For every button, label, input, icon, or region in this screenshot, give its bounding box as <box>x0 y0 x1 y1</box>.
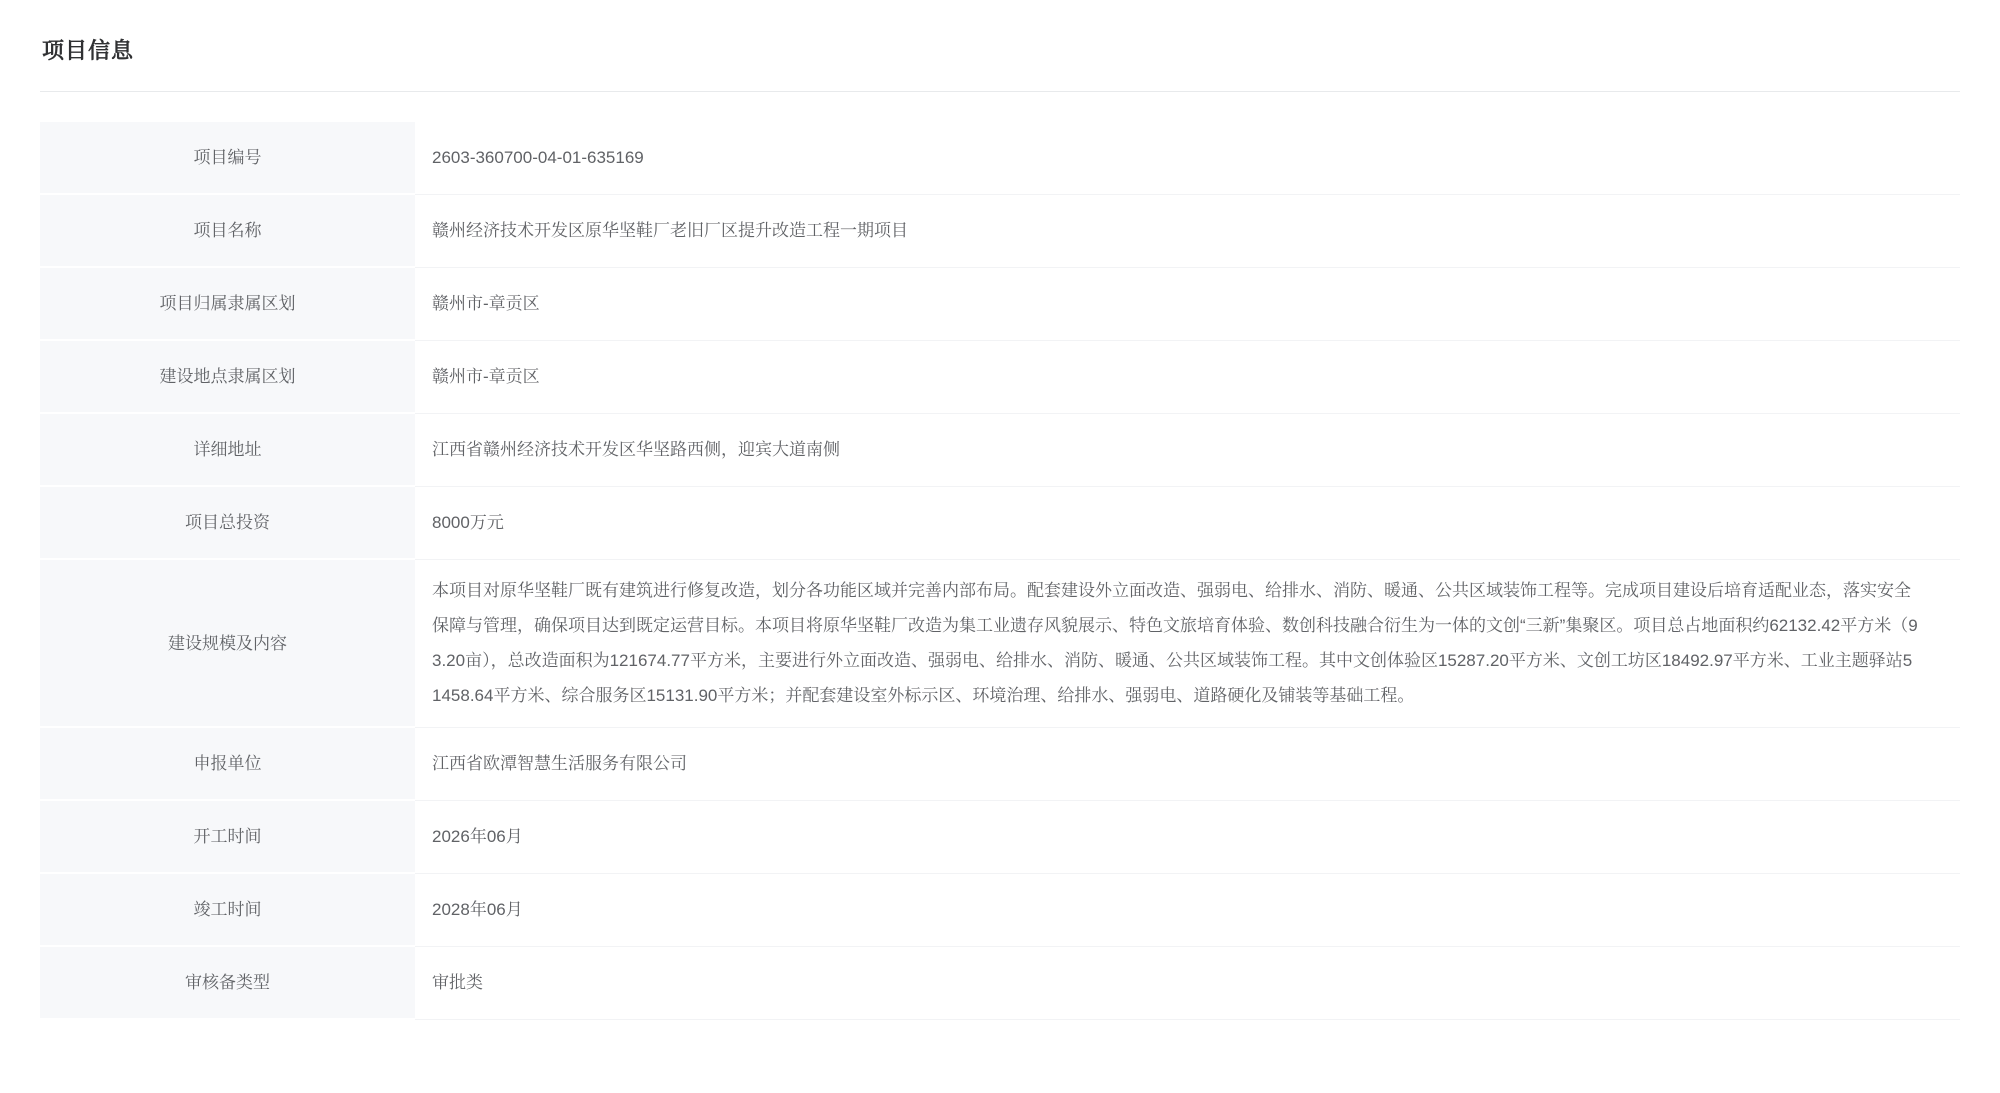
row-label: 建设规模及内容 <box>40 560 415 728</box>
table-row: 详细地址 江西省赣州经济技术开发区华坚路西侧，迎宾大道南侧 <box>40 414 1960 487</box>
row-label: 建设地点隶属区划 <box>40 341 415 414</box>
row-value: 2603-360700-04-01-635169 <box>415 122 1960 195</box>
row-label: 竣工时间 <box>40 874 415 947</box>
row-value: 本项目对原华坚鞋厂既有建筑进行修复改造，划分各功能区域并完善内部布局。配套建设外… <box>415 560 1960 728</box>
row-label: 开工时间 <box>40 801 415 874</box>
row-label: 项目总投资 <box>40 487 415 560</box>
title-divider <box>40 91 1960 92</box>
project-info-page: 项目信息 项目编号 2603-360700-04-01-635169 项目名称 … <box>0 0 2000 1093</box>
row-value: 赣州市-章贡区 <box>415 341 1960 414</box>
row-label: 项目名称 <box>40 195 415 268</box>
row-value: 江西省欧潭智慧生活服务有限公司 <box>415 728 1960 801</box>
row-value: 2028年06月 <box>415 874 1960 947</box>
table-row: 建设规模及内容 本项目对原华坚鞋厂既有建筑进行修复改造，划分各功能区域并完善内部… <box>40 560 1960 728</box>
row-label: 详细地址 <box>40 414 415 487</box>
row-label: 项目编号 <box>40 122 415 195</box>
row-value: 审批类 <box>415 947 1960 1020</box>
table-row: 竣工时间 2028年06月 <box>40 874 1960 947</box>
row-label: 项目归属隶属区划 <box>40 268 415 341</box>
table-row: 项目编号 2603-360700-04-01-635169 <box>40 122 1960 195</box>
row-label: 审核备类型 <box>40 947 415 1020</box>
row-value: 8000万元 <box>415 487 1960 560</box>
page-title: 项目信息 <box>42 34 1960 65</box>
row-label: 申报单位 <box>40 728 415 801</box>
row-value: 赣州经济技术开发区原华坚鞋厂老旧厂区提升改造工程一期项目 <box>415 195 1960 268</box>
table-row: 项目名称 赣州经济技术开发区原华坚鞋厂老旧厂区提升改造工程一期项目 <box>40 195 1960 268</box>
table-row: 项目总投资 8000万元 <box>40 487 1960 560</box>
table-row: 建设地点隶属区划 赣州市-章贡区 <box>40 341 1960 414</box>
row-value: 赣州市-章贡区 <box>415 268 1960 341</box>
table-row: 开工时间 2026年06月 <box>40 801 1960 874</box>
table-row: 审核备类型 审批类 <box>40 947 1960 1020</box>
table-row: 项目归属隶属区划 赣州市-章贡区 <box>40 268 1960 341</box>
row-value: 江西省赣州经济技术开发区华坚路西侧，迎宾大道南侧 <box>415 414 1960 487</box>
info-table: 项目编号 2603-360700-04-01-635169 项目名称 赣州经济技… <box>40 122 1960 1020</box>
table-row: 申报单位 江西省欧潭智慧生活服务有限公司 <box>40 728 1960 801</box>
row-value: 2026年06月 <box>415 801 1960 874</box>
